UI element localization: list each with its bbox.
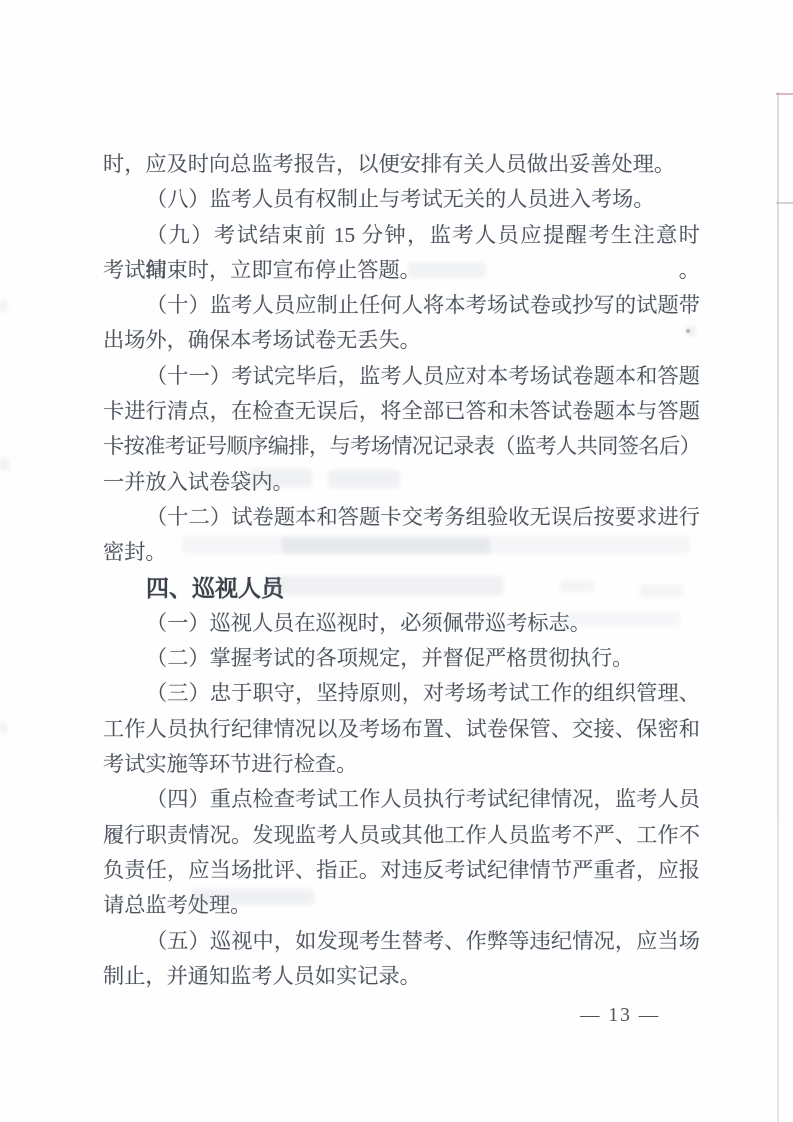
scan-edge-tick (776, 93, 793, 95)
text-line: 履行职责情况。发现监考人员或其他工作人员监考不严、工作不 (103, 818, 700, 853)
bleed-through-mark (192, 889, 314, 905)
bleed-through-mark (328, 470, 400, 488)
text-line: 考试实施等环节进行检查。 (103, 747, 700, 782)
bleed-through-mark (560, 580, 594, 592)
text-line: 卡按准考证号顺序编排，与考场情况记录表（监考人共同签名后） (103, 429, 700, 464)
bleed-through-mark (408, 262, 486, 278)
text-line: 时，应及时向总监考报告，以便安排有关人员做出妥善处理。 (103, 147, 700, 182)
text-line: 工作人员执行纪律情况以及考场布置、试卷保管、交接、保密和 (103, 712, 700, 747)
scan-edge-line (777, 92, 779, 1122)
text-line: （十一）考试完毕后，监考人员应对本考场试卷题本和答题 (103, 359, 700, 394)
document-text-block: 时，应及时向总监考报告，以便安排有关人员做出妥善处理。 （八）监考人员有权制止与… (103, 147, 700, 994)
text-line: 一并放入试卷袋内。 (103, 465, 700, 500)
page-number: — 13 — (580, 1005, 660, 1027)
bleed-through-mark (0, 458, 9, 471)
text-line: （九）考试结束前 15 分钟，监考人员应提醒考生注意时间。 (103, 218, 700, 253)
scan-edge-tick (776, 202, 793, 204)
text-line: （五）巡视中，如发现考生替考、作弊等违纪情况，应当场 (103, 924, 700, 959)
text-line: 卡进行清点，在检查无误后，将全部已答和未答试卷题本与答题 (103, 394, 700, 429)
text-line: （三）忠于职守，坚持原则，对考场考试工作的组织管理、 (103, 676, 700, 711)
bleed-through-mark (560, 612, 680, 626)
ink-speck (686, 329, 690, 333)
bleed-through-mark (640, 585, 682, 597)
text-line: （十）监考人员应制止任何人将本考场试卷或抄写的试题带 (103, 288, 700, 323)
text-line: （十二）试卷题本和答题卡交考务组验收无误后按要求进行 (103, 500, 700, 535)
scanned-document-page: 时，应及时向总监考报告，以便安排有关人员做出妥善处理。 （八）监考人员有权制止与… (0, 0, 793, 1122)
text-line: （八）监考人员有权制止与考试无关的人员进入考场。 (103, 182, 700, 217)
text-line: （二）掌握考试的各项规定，并督促严格贯彻执行。 (103, 641, 700, 676)
bleed-through-mark (0, 300, 7, 312)
text-line: 负责任，应当场批评、指正。对违反考试纪律情节严重者，应报 (103, 853, 700, 888)
text-line: （四）重点检查考试工作人员执行考试纪律情况，监考人员 (103, 782, 700, 817)
bleed-through-mark (250, 469, 312, 487)
text-line: 出场外，确保本考场试卷无丢失。 (103, 323, 700, 358)
bleed-through-mark (0, 722, 7, 733)
bleed-through-mark (282, 537, 490, 554)
text-line: 制止，并通知监考人员如实记录。 (103, 959, 700, 994)
bleed-through-mark (268, 576, 503, 595)
